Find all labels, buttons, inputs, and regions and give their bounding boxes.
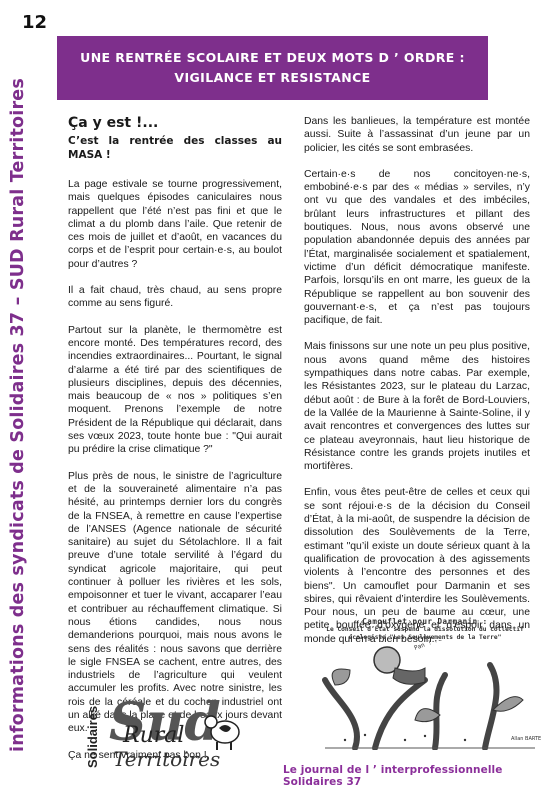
article-title-line-1: Une rentrée scolaire et deux mots d ’ or… <box>80 48 465 68</box>
character-icon <box>374 647 425 684</box>
cartoon-caption-line-2: Le Conseil d’État suspend la dissolution… <box>300 626 550 634</box>
journal-footer: Le journal de l ’ interprofessionnelle S… <box>283 764 560 788</box>
side-banner: informations des syndicats de Solidaires… <box>0 110 36 720</box>
paragraph: Partout sur la planète, le thermomètre e… <box>68 324 282 457</box>
logo-bottom-text: Territoires <box>113 747 220 771</box>
cartoon-speech: Pan ! Pan ! <box>413 640 453 652</box>
logo-overlay-text: Rural <box>122 723 184 748</box>
article-heading: Ça y est !... <box>68 115 282 132</box>
article-title-banner: Une rentrée scolaire et deux mots d ’ or… <box>57 36 488 100</box>
cartoon-signature: Allan BARTE <box>511 736 541 742</box>
paragraph: Dans les banlieues, la température est m… <box>304 115 530 155</box>
ground-debris-icon <box>344 734 466 741</box>
paragraph: La page estivale se tourne progressiveme… <box>68 178 282 271</box>
cartoon-caption: Camouflet pour Darmanin : Le Conseil d’É… <box>300 617 550 642</box>
cartoon-illustration: Pan ! Pan ! Allan BARTE <box>315 640 545 750</box>
paragraph: Mais finissons sur une note un peu plus … <box>304 340 530 473</box>
logo-side-text: Solidaires <box>85 706 100 768</box>
article-title-line-2: Vigilance et Resistance <box>174 68 370 88</box>
sud-rural-territoires-logo: Solidaires Sud Rural Territoires <box>85 692 245 772</box>
left-column: Ça y est !... C’est la rentrée des class… <box>68 115 282 775</box>
right-column: Dans les banlieues, la température est m… <box>304 115 530 659</box>
page-number: 12 <box>22 12 47 33</box>
article-subheading: C’est la rentrée des classes au MASA ! <box>68 134 282 162</box>
side-banner-text: informations des syndicats de Solidaires… <box>8 78 28 752</box>
paragraph: Certain·e·s de nos concitoyen·ne·s, embo… <box>304 168 530 328</box>
cartoon-caption-title: Camouflet pour Darmanin : <box>300 617 550 626</box>
paragraph: Il a fait chaud, très chaud, au sens pro… <box>68 284 282 311</box>
